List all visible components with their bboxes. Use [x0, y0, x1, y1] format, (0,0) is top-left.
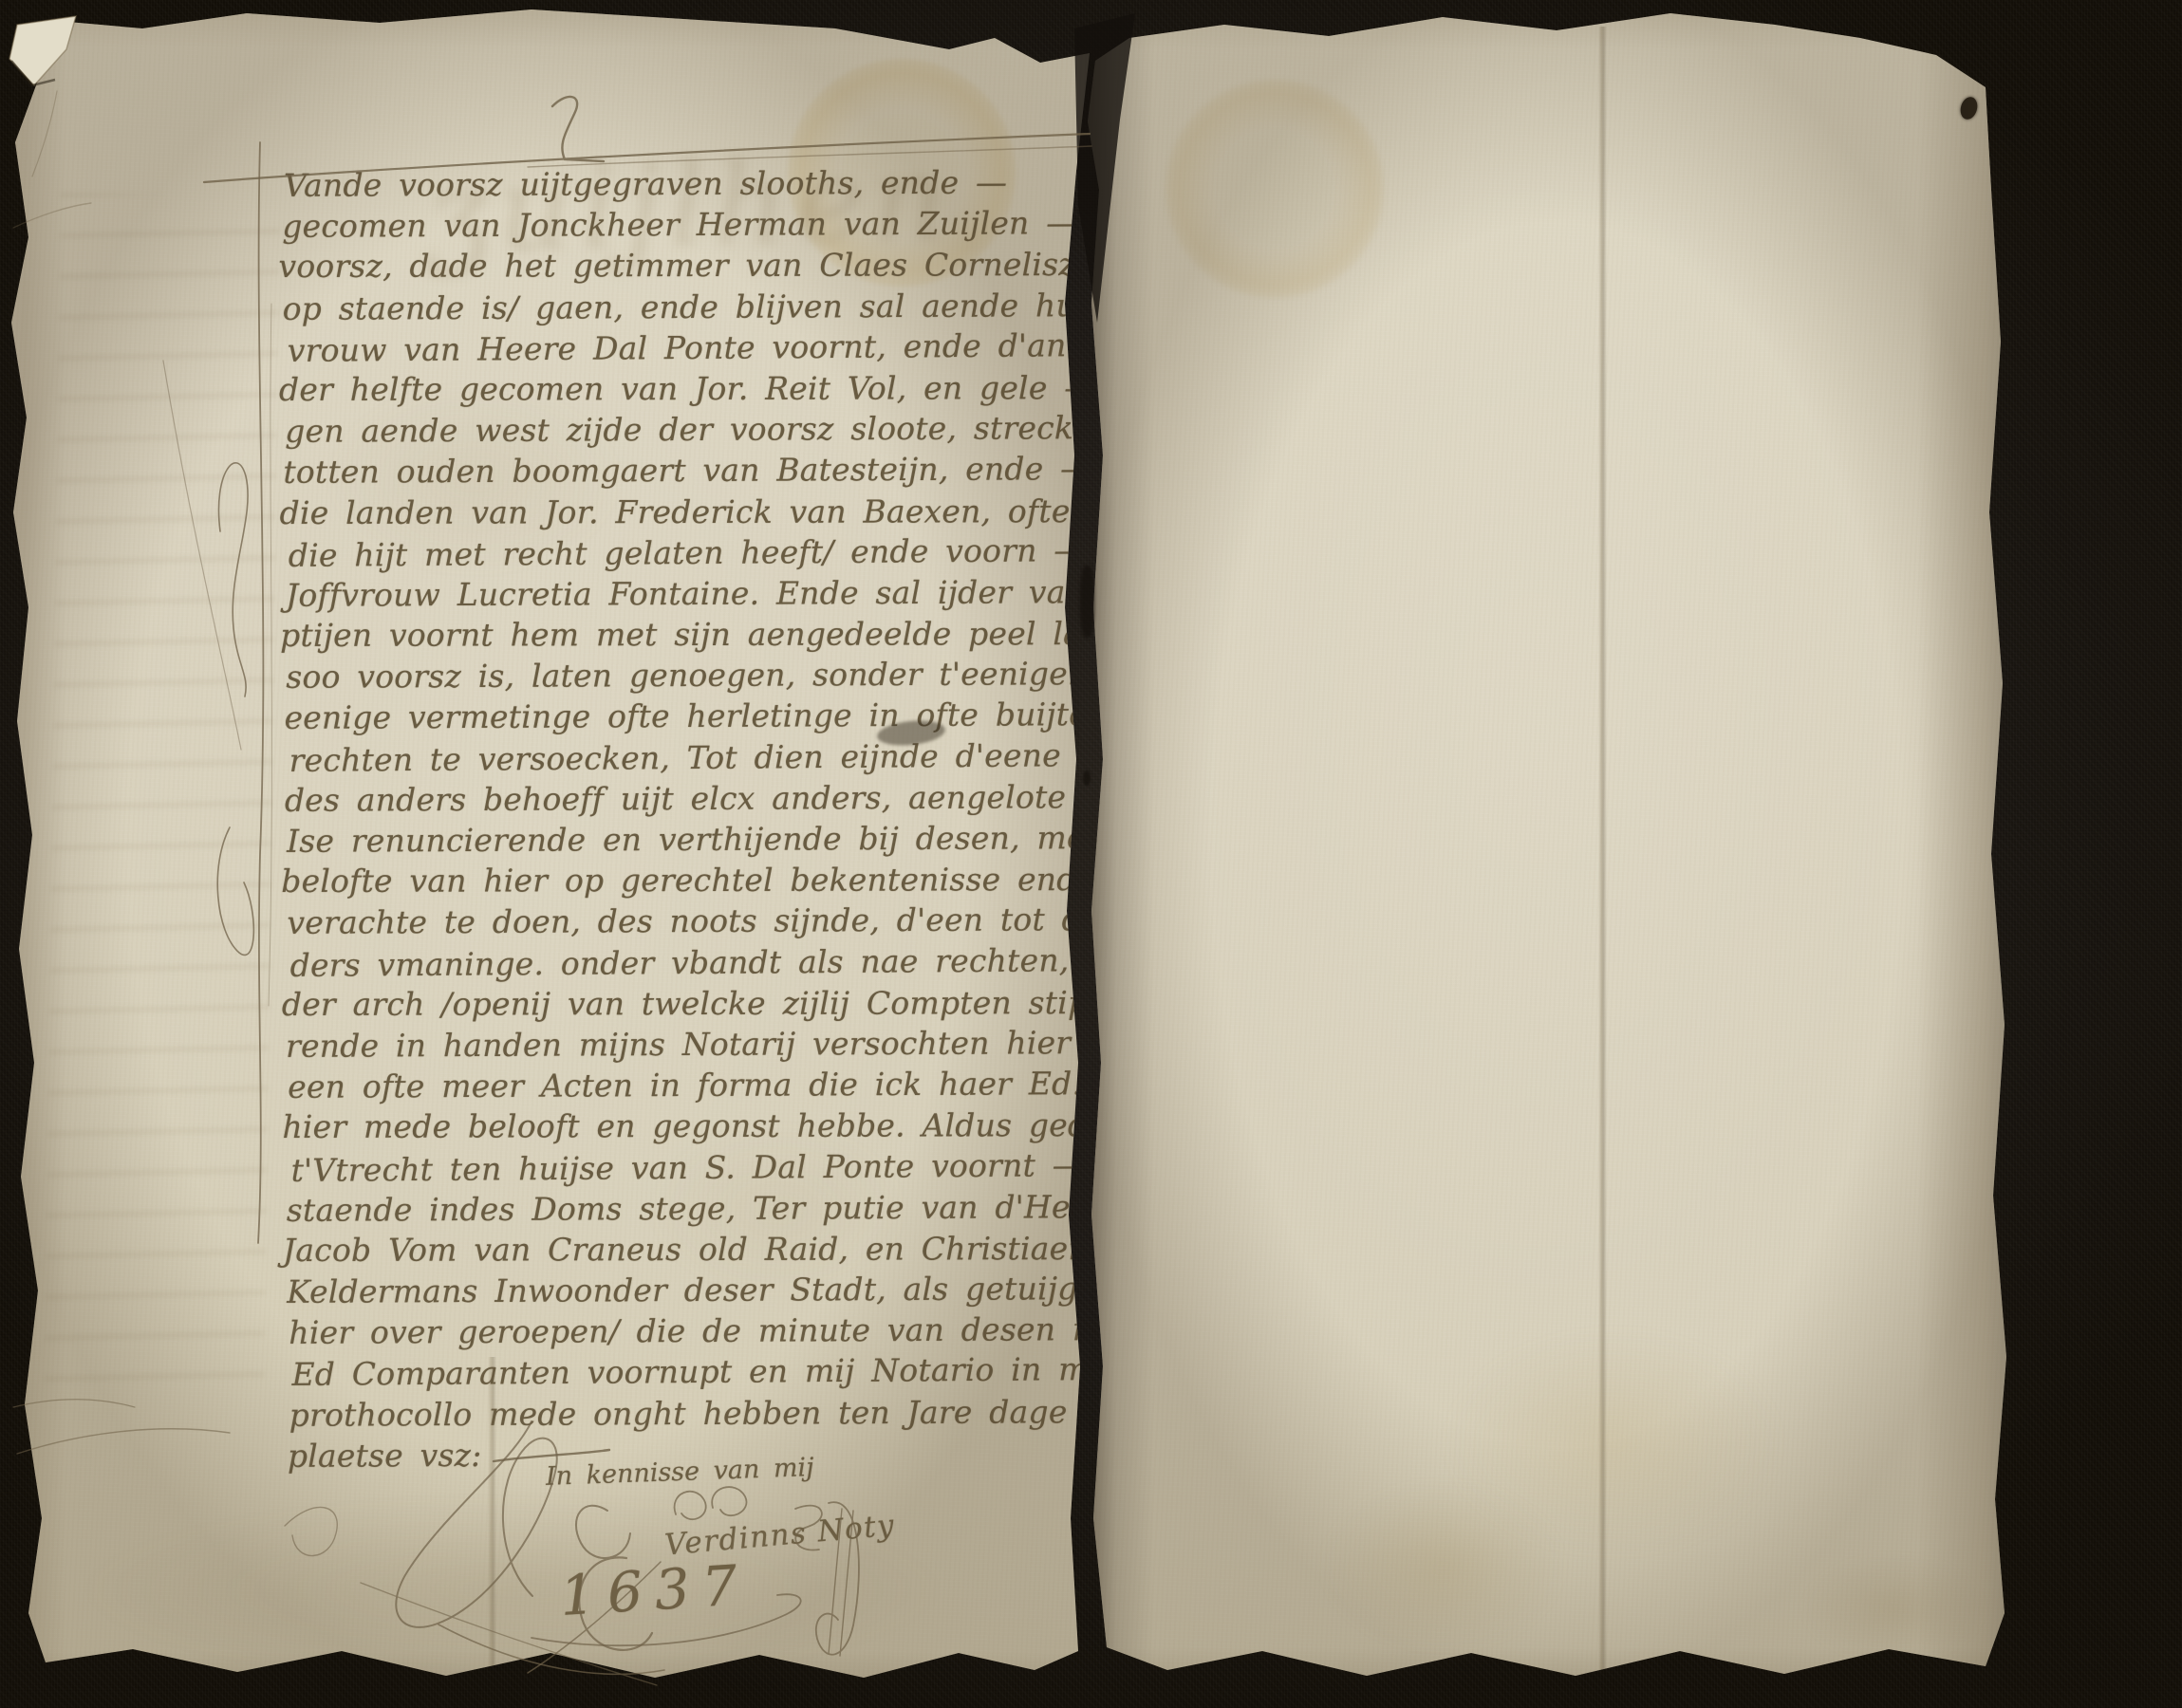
- manuscript-scan: { "palette": { "background": "#1b1713", …: [0, 0, 2182, 1708]
- page-gap-shadow: [1083, 770, 1091, 786]
- torn-corner-flap: [0, 0, 133, 133]
- page-gap-shadow: [1080, 566, 1094, 638]
